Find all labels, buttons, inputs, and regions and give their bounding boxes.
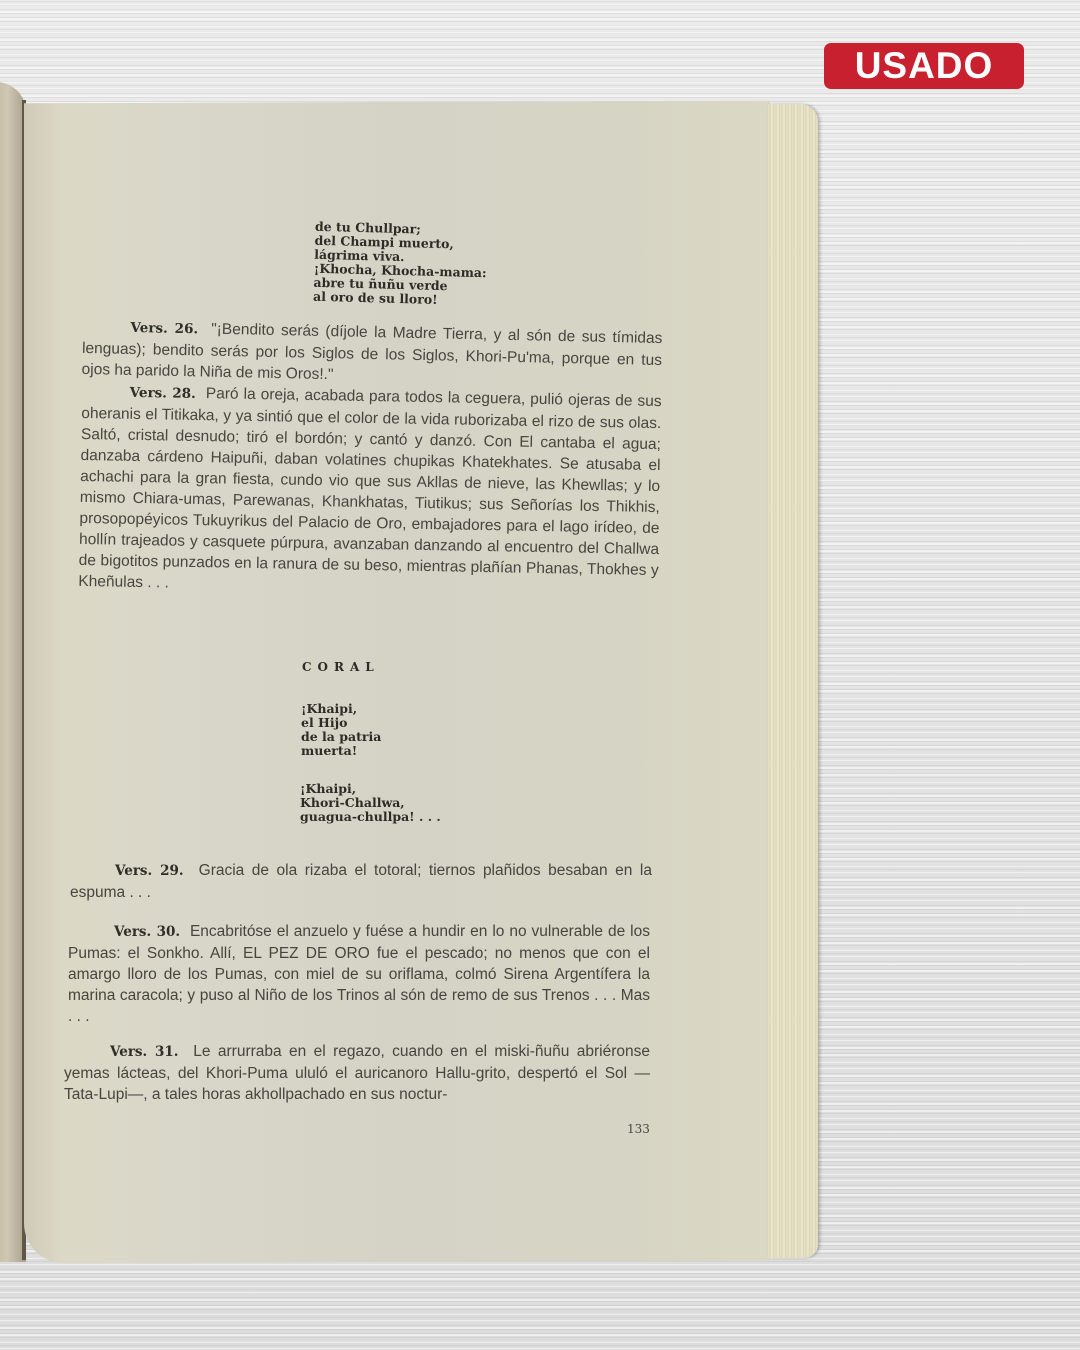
poem-line: ¡Khaipi, (300, 782, 441, 796)
verse-label: Vers. 31. (110, 1044, 179, 1060)
coral-heading: CORAL (302, 660, 380, 674)
verse-text: Paró la oreja, acabada para todos la ceg… (78, 385, 662, 591)
coral-stanza-1: ¡Khaipi, el Hijo de la patria muerta! (301, 702, 381, 758)
used-badge: USADO (824, 43, 1024, 89)
verse-label: Vers. 28. (130, 385, 196, 402)
book-page-stack-edge (768, 104, 818, 1258)
paragraph-vers-30: Vers. 30. Encabritóse el anzuelo y fuése… (68, 921, 650, 1027)
page-number: 133 (627, 1122, 650, 1136)
verse-label: Vers. 26. (130, 320, 198, 337)
coral-stanza-2: ¡Khaipi, Khori-Challwa, guagua-chullpa! … (300, 782, 441, 824)
paragraph-vers-31: Vers. 31. Le arrurraba en el regazo, cua… (64, 1041, 650, 1105)
poem-line: ¡Khaipi, (301, 702, 381, 716)
poem-line: muerta! (301, 744, 381, 758)
paragraph-vers-26: Vers. 26. "¡Bendito serás (díjole la Mad… (81, 316, 662, 392)
poem-line: Khori-Challwa, (300, 796, 441, 810)
verse-label: Vers. 30. (114, 924, 180, 940)
verse-label: Vers. 29. (115, 863, 184, 879)
paragraph-vers-28: Vers. 28. Paró la oreja, acabada para to… (78, 381, 662, 602)
poem-line: el Hijo (301, 716, 381, 730)
poem-line: de la patria (301, 730, 381, 744)
poem-top: de tu Chullpar; del Champi muerto, lágri… (313, 220, 488, 308)
paragraph-vers-29: Vers. 29. Gracia de ola rizaba el totora… (70, 860, 652, 903)
poem-line: guagua-chullpa! . . . (300, 810, 441, 824)
